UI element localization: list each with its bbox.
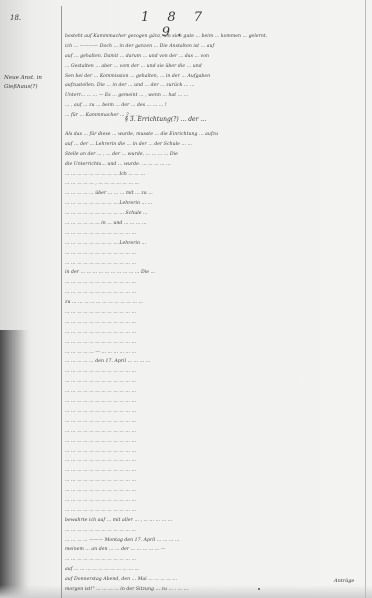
handwritten-line: ... ... ... ... ... ... ... ... ... ... … [65,407,363,417]
handwritten-line: ... , auf ... zu ... beim ... der ... de… [65,101,363,111]
paragraph-1: besteht auf Kammmacher gezogen gänz, um … [65,32,363,121]
handwritten-line: in der ... ... ... ... ... ... ... ... .… [65,268,363,278]
ink-dot [258,588,260,590]
manuscript-page: 18. 1 8 7 9. Neue Anst. in Gießhaus(?) b… [0,0,372,598]
handwritten-line: ... ... ... ... ... ... ... ... ... ... … [65,427,363,437]
handwritten-line: ... ... ... ... ... ... ... ... ... Ich … [65,170,363,180]
handwritten-line: ... ... ... ... ... ... ... ... ... ... … [65,526,363,536]
handwritten-line: ... ... ... ... ... ... ... ... ... ... … [65,318,363,328]
handwritten-line: ... ... ... ... ... ... ... ... ... ... … [65,555,363,565]
handwritten-line: ... Gestalten ... aber ... vom der ... u… [65,62,363,72]
handwritten-line: ... ... ... ... ... ... ... ... ... ... … [65,476,363,486]
handwritten-line: morgen ist!" ... ... ... ... in der Sitz… [65,585,363,595]
handwritten-line: ... ... ... ... ... ... ... ... ... ... … [65,486,363,496]
handwritten-line: ... ... ... ... ... ... in ... und ... .… [65,219,363,229]
handwritten-line: ... ... ... ... ... ... ... ... ... ... … [65,259,363,269]
handwritten-line: auf Donnerstag Abend, den ... Mai ... ..… [65,575,363,585]
handwritten-line: ... ... ... ... ... ... ... ... ... ... … [65,249,363,259]
handwritten-line: auf ... ... ... ... ... ... ... ... ... … [65,565,363,575]
handwritten-line: ... ... ... ... ... ... ... ... ... ... … [65,437,363,447]
handwritten-line: ... ... ... ... ... ... ... ... ... ... … [65,288,363,298]
handwritten-line: ... ... ... ... ... ... ... ... ... ... … [65,447,363,457]
handwritten-line: Unterr... ... ... — Es ... gemeint ... ,… [65,91,363,101]
handwritten-line: bewahrte ich auf ... mit aller ... , ...… [65,516,363,526]
handwritten-line: ... ... ... ... ... ... ... ... ... ... … [65,209,363,219]
handwritten-line: besteht auf Kammmacher gezogen gänz, um … [65,32,363,42]
margin-note: Neue Anst. in Gießhaus(?) [4,74,59,92]
handwritten-line: ... ... ... ... ... ... ... ... ... ... … [65,377,363,387]
handwritten-line: ... ... ... ... ... ... ... ... ... Lehr… [65,199,363,209]
section-heading: § 3. Errichtung(?) ... der ... [125,116,325,123]
handwritten-line: Stelle an der ... , ... der ... wurde, .… [65,150,363,160]
handwritten-line: ... ... ... ... ... , ... ... ... ... ..… [65,179,363,189]
handwritten-line: Als das ... für diese ... wurde, musste … [65,130,363,140]
handwritten-line: ... ... ... ... ——— Montag den 17. April… [65,536,363,546]
handwritten-line: ... ... ... ... ... über ... ... ... mit… [65,189,363,199]
handwritten-line: ... ... ... ... ... ... ... ... ... ... … [65,387,363,397]
handwritten-line: zu ... ... ... ... ... ... ... ... ... .… [65,298,363,308]
handwritten-line: ... ... ... ... ... ... ... ... ... ... … [65,397,363,407]
handwritten-line: aufzustellen. Die ... in der ... und ...… [65,81,363,91]
margin-line [61,6,62,598]
handwritten-line: ... ... ... ... ... ... ... ... ... ... … [65,417,363,427]
handwritten-line: auf ... gehalten. Damit ... darum ... un… [65,52,363,62]
handwritten-line: ... ... ... ... ... ... ... ... ... ... … [65,278,363,288]
handwritten-line: ich ... ———— Doch ... in der ganzen ... … [65,42,363,52]
handwritten-line: ... ... ... ... ... ... ... ... ... ... … [65,328,363,338]
handwritten-line: ... ... ... ... ... — ... ... ... ... ..… [65,348,363,358]
margin-note-line: Neue Anst. in [4,74,59,83]
handwritten-line: ... ... ... ... ... den 17. April ... ..… [65,357,363,367]
page-number: 18. [10,14,21,22]
closing-word: Anträge [334,578,354,584]
handwritten-line: auf ... der ... Lehrerin die ... in der … [65,140,363,150]
scan-edge-shadow [0,330,30,598]
handwritten-line: ... ... ... ... ... ... ... ... ... ... … [65,496,363,506]
right-edge-line [365,0,366,598]
handwritten-line: ... ... ... ... ... ... ... ... ... Lehr… [65,239,363,249]
handwritten-line: Sen bei der ... Kommission ... gehalten,… [65,72,363,82]
handwritten-line: ... ... ... ... ... ... ... ... ... ... … [65,338,363,348]
handwritten-line: meinem ... an den ... ... der ... ... ..… [65,545,363,555]
handwritten-line: ... ... ... ... ... ... ... ... ... ... … [65,466,363,476]
handwritten-line: ... ... ... ... ... ... ... ... ... ... … [65,229,363,239]
margin-note-line: Gießhaus(?) [4,83,59,92]
handwritten-line: ... ... ... ... ... ... ... ... ... ... … [65,367,363,377]
handwritten-line: ... ... ... ... ... ... ... ... ... ... … [65,506,363,516]
handwritten-line: ... ... ... ... ... ... ... ... ... ... … [65,456,363,466]
paragraph-2: Als das ... für diese ... wurde, musste … [65,130,363,595]
handwritten-line: die Unterrichts... und ... wurde. ... ..… [65,160,363,170]
handwritten-line: ... ... ... ... ... ... ... ... ... ... … [65,308,363,318]
